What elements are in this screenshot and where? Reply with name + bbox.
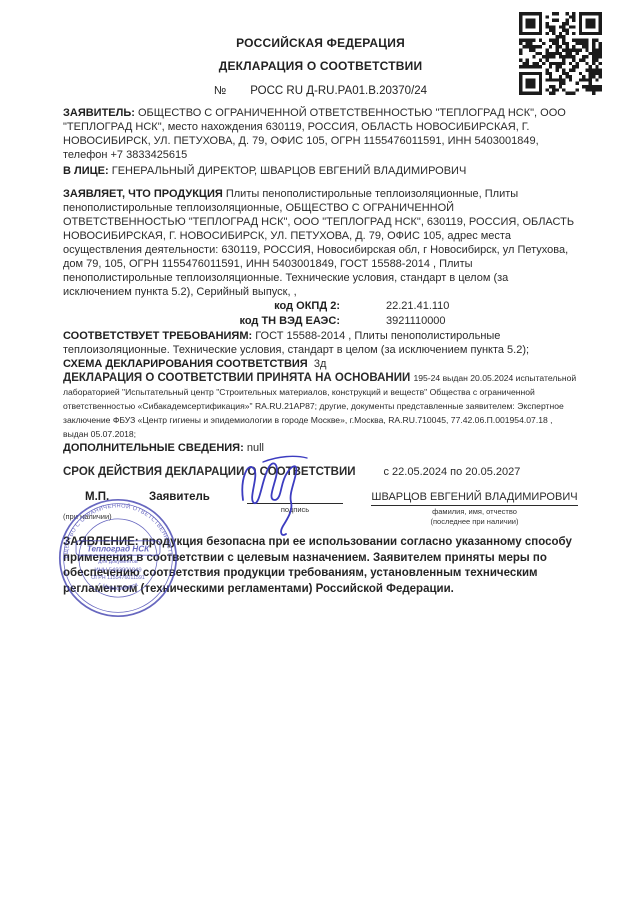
declaration-document-page: РОССИЙСКАЯ ФЕДЕРАЦИЯ ДЕКЛАРАЦИЯ О СООТВЕ…	[0, 0, 636, 900]
applicant-label: ЗАЯВИТЕЛЬ:	[63, 107, 135, 119]
applicant-role-label: Заявитель	[149, 491, 235, 503]
additional-section: ДОПОЛНИТЕЛЬНЫЕ СВЕДЕНИЯ: null	[63, 441, 578, 455]
applicant-text: ОБЩЕСТВО С ОГРАНИЧЕННОЙ ОТВЕТСТВЕННОСТЬЮ…	[63, 107, 566, 161]
in-person-text: ГЕНЕРАЛЬНЫЙ ДИРЕКТОР, ШВАРЦОВ ЕВГЕНИЙ ВЛ…	[112, 165, 467, 177]
signature-line	[247, 491, 343, 504]
validity-label: СРОК ДЕЙСТВИЯ ДЕКЛАРАЦИИ О СООТВЕТСТВИИ	[63, 465, 356, 479]
tnved-code-row: код ТН ВЭД ЕАЭС: 3921110000	[63, 314, 578, 329]
in-person-section: В ЛИЦЕ: ГЕНЕРАЛЬНЫЙ ДИРЕКТОР, ШВАРЦОВ ЕВ…	[63, 164, 578, 178]
statement-text: продукция безопасна при ее использовании…	[63, 536, 572, 595]
conforms-section: СООТВЕТСТВУЕТ ТРЕБОВАНИЯМ: ГОСТ 15588-20…	[63, 329, 578, 357]
declaration-number: №РОСС RU Д-RU.РА01.В.20370/24	[63, 85, 578, 97]
signatory-name: ШВАРЦОВ ЕВГЕНИЙ ВЛАДИМИРОВИЧ	[371, 491, 578, 506]
number-value: РОСС RU Д-RU.РА01.В.20370/24	[250, 85, 427, 97]
in-person-label: В ЛИЦЕ:	[63, 165, 109, 177]
stamp-place-label: М.П.	[63, 491, 149, 503]
applicant-section: ЗАЯВИТЕЛЬ: ОБЩЕСТВО С ОГРАНИЧЕННОЙ ОТВЕТ…	[63, 106, 578, 162]
statement-label: ЗАЯВЛЕНИЕ:	[63, 536, 139, 548]
country-title: РОССИЙСКАЯ ФЕДЕРАЦИЯ	[63, 36, 578, 50]
declares-text: Плиты пенополистирольные теплоизоляционн…	[63, 188, 574, 298]
declares-label: ЗАЯВЛЯЕТ, ЧТО ПРОДУКЦИЯ	[63, 188, 223, 200]
stamp-place-block: М.П. (при наличии)	[63, 491, 149, 521]
validity-section: СРОК ДЕЙСТВИЯ ДЕКЛАРАЦИИ О СООТВЕТСТВИИ …	[63, 465, 578, 479]
basis-section: ДЕКЛАРАЦИЯ О СООТВЕТСТВИИ ПРИНЯТА НА ОСН…	[63, 371, 578, 441]
okpd-code-label: код ОКПД 2:	[63, 299, 340, 314]
qr-code	[519, 12, 602, 95]
basis-label: ДЕКЛАРАЦИЯ О СООТВЕТСТВИИ ПРИНЯТА НА ОСН…	[63, 372, 410, 384]
scheme-label: СХЕМА ДЕКЛАРИРОВАНИЯ СООТВЕТСТВИЯ	[63, 358, 308, 370]
tnved-code-value: 3921110000	[386, 314, 446, 329]
stamp-place-note: (при наличии)	[63, 512, 149, 521]
okpd-code-value: 22.21.41.110	[386, 299, 449, 314]
additional-label: ДОПОЛНИТЕЛЬНЫЕ СВЕДЕНИЯ:	[63, 442, 244, 454]
additional-value: null	[247, 442, 264, 454]
name-field: ШВАРЦОВ ЕВГЕНИЙ ВЛАДИМИРОВИЧ фамилия, им…	[371, 491, 578, 526]
name-caption-2: (последнее при наличии)	[371, 517, 578, 527]
number-sign: №	[214, 85, 226, 97]
signature-field: подпись	[247, 491, 343, 515]
tnved-code-label: код ТН ВЭД ЕАЭС:	[63, 314, 340, 329]
okpd-code-row: код ОКПД 2: 22.21.41.110	[63, 299, 578, 314]
scheme-section: СХЕМА ДЕКЛАРИРОВАНИЯ СООТВЕТСТВИЯ 3д	[63, 357, 578, 371]
scheme-value: 3д	[314, 358, 327, 370]
document-title: ДЕКЛАРАЦИЯ О СООТВЕТСТВИИ	[63, 59, 578, 73]
declares-section: ЗАЯВЛЯЕТ, ЧТО ПРОДУКЦИЯ Плиты пенополист…	[63, 187, 578, 299]
signature-row: М.П. (при наличии) Заявитель подпись ШВА…	[63, 491, 578, 526]
conforms-label: СООТВЕТСТВУЕТ ТРЕБОВАНИЯМ:	[63, 330, 252, 342]
validity-value: с 22.05.2024 по 20.05.2027	[384, 465, 521, 479]
name-caption-1: фамилия, имя, отчество	[371, 507, 578, 517]
statement-section: ЗАЯВЛЕНИЕ: продукция безопасна при ее ис…	[63, 535, 578, 597]
signature-caption: подпись	[247, 505, 343, 515]
